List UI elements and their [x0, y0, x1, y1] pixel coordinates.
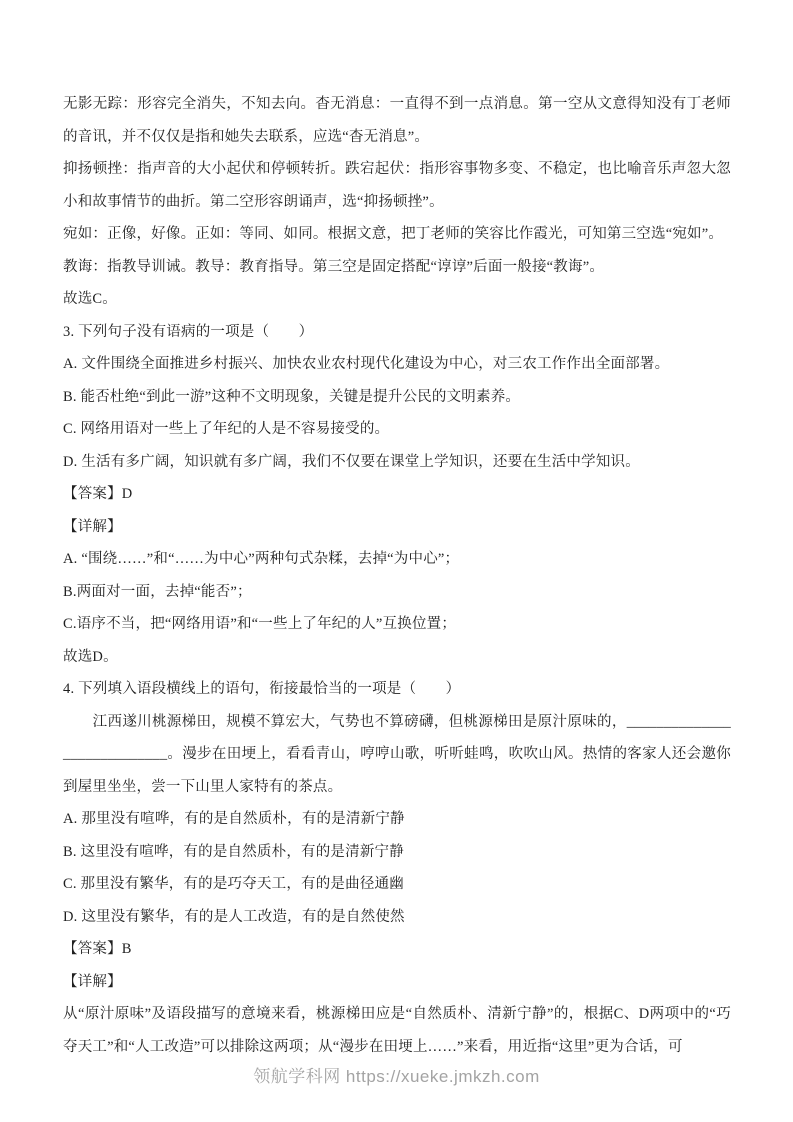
document-body: 无影无踪：形容完全消失，不知去向。杳无消息：一直得不到一点消息。第一空从文意得知…: [63, 88, 731, 1063]
question-4-option-a: A. 那里没有喧哗，有的是自然质朴，有的是清新宁静: [63, 803, 731, 836]
question-3-analysis-a: A. “围绕……”和“……为中心”两种句式杂糅，去掉“为中心”；: [63, 543, 731, 576]
question-3-analysis-b: B.两面对一面，去掉“能否”；: [63, 576, 731, 609]
vocab-analysis-paragraph-3: 宛如：正像，好像。正如：等同、如同。根据文意，把丁老师的笑容比作霞光，可知第三空…: [63, 218, 731, 251]
document-page: { "page": { "background": "#ffffff", "te…: [0, 0, 793, 1122]
vocab-analysis-paragraph-2: 抑扬顿挫：指声音的大小起伏和停顿转折。跌宕起伏：指形容事物多变、不稳定，也比喻音…: [63, 153, 731, 218]
question-3-option-b: B. 能否杜绝“到此一游”这种不文明现象，关键是提升公民的文明素养。: [63, 381, 731, 414]
vocab-analysis-paragraph-4: 教诲：指教导训诫。教导：教育指导。第三空是固定搭配“谆谆”后面一般接“教诲”。: [63, 251, 731, 284]
vocab-analysis-paragraph-1: 无影无踪：形容完全消失，不知去向。杳无消息：一直得不到一点消息。第一空从文意得知…: [63, 88, 731, 153]
vocab-analysis-conclusion: 故选C。: [63, 283, 731, 316]
question-3-option-c: C. 网络用语对一些上了年纪的人是不容易接受的。: [63, 413, 731, 446]
question-3-analysis-c: C.语序不当，把“网络用语”和“一些上了年纪的人”互换位置；: [63, 608, 731, 641]
question-4-option-c: C. 那里没有繁华，有的是巧夺天工，有的是曲径通幽: [63, 868, 731, 901]
question-3-analysis-conclusion: 故选D。: [63, 641, 731, 674]
question-3-answer: 【答案】D: [63, 478, 731, 511]
question-3-analysis-label: 【详解】: [63, 511, 731, 544]
site-watermark: 领航学科网 https://xueke.jmkzh.com: [0, 1062, 793, 1087]
question-4-option-b: B. 这里没有喧哗，有的是自然质朴，有的是清新宁静: [63, 836, 731, 869]
question-4-analysis-label: 【详解】: [63, 966, 731, 999]
question-4-stem: 4. 下列填入语段横线上的语句，衔接最恰当的一项是（ ）: [63, 673, 731, 706]
question-3-option-d: D. 生活有多广阔，知识就有多广阔，我们不仅要在课堂上学知识，还要在生活中学知识…: [63, 446, 731, 479]
question-3-option-a: A. 文件围绕全面推进乡村振兴、加快农业农村现代化建设为中心，对三农工作作出全面…: [63, 348, 731, 381]
question-4-passage: 江西遂川桃源梯田，规模不算宏大，气势也不算磅礴，但桃源梯田是原汁原味的，____…: [63, 706, 731, 804]
question-4-analysis-text: 从“原汁原味”及语段描写的意境来看，桃源梯田应是“自然质朴、清新宁静”的，根据C…: [63, 998, 731, 1063]
question-4-answer: 【答案】B: [63, 933, 731, 966]
question-4-option-d: D. 这里没有繁华，有的是人工改造，有的是自然使然: [63, 901, 731, 934]
question-3-stem: 3. 下列句子没有语病的一项是（ ）: [63, 316, 731, 349]
